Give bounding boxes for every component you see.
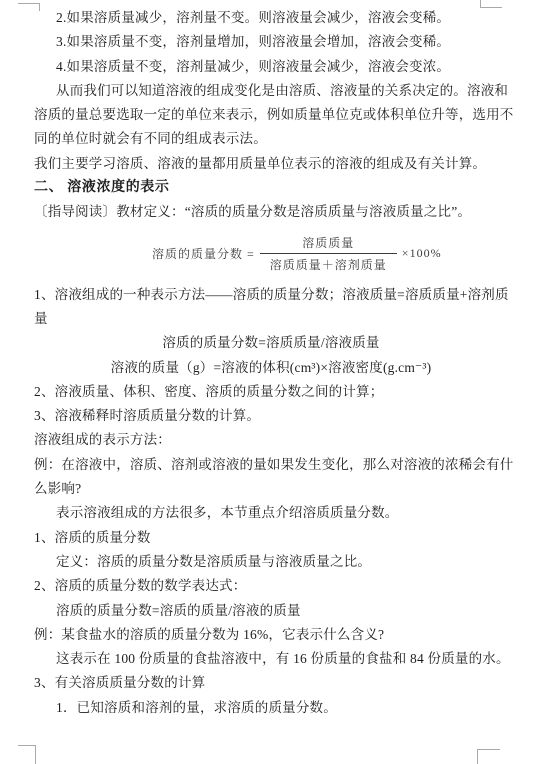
text-line: 例：在溶液中，溶质、溶剂或溶液的量如果发生变化，那么对溶液的浓稀会有什 — [34, 453, 508, 477]
text-line: 溶质的质量分数=溶质质量/溶液质量 — [34, 331, 508, 355]
text-line: 同的单位时就会有不同的组成表示法。 — [34, 127, 508, 151]
section-heading: 二、 溶液浓度的表示 — [34, 176, 508, 200]
text-line: 么影响? — [34, 477, 508, 501]
formula-fraction: 溶质质量 溶质质量＋溶剂质量 — [260, 234, 397, 273]
text-line: 2、溶液质量、体积、密度、溶质的质量分数之间的计算； — [34, 380, 508, 404]
text-line: 3、溶液稀释时溶质质量分数的计算。 — [34, 404, 508, 428]
text-line: 3、有关溶质质量分数的计算 — [34, 671, 508, 695]
mass-fraction-formula: 溶质的质量分数 = 溶质质量 溶质质量＋溶剂质量 ×100% — [34, 225, 508, 283]
text-line: 这表示在 100 份质量的食盐溶液中，有 16 份质量的食盐和 84 份质量的水… — [34, 647, 508, 671]
text-line: 〔指导阅读〕教材定义：“溶质的质量分数是溶质质量与溶液质量之比”。 — [34, 200, 508, 224]
text-line: 3.如果溶质量不变，溶剂量增加，则溶液量会增加，溶液会变稀。 — [34, 30, 508, 54]
text-line: 4.如果溶质量不变，溶剂量减少，则溶液量会减少，溶液会变浓。 — [34, 55, 508, 79]
text-line: 1．已知溶质和溶剂的量，求溶质的质量分数。 — [34, 696, 508, 720]
text-line: 溶液的质量（g）=溶液的体积(cm³)×溶液密度(g.cm⁻³) — [34, 356, 508, 380]
text-line: 溶液组成的表示方法： — [34, 428, 508, 452]
text-line: 溶质的质量分数=溶质的质量/溶液的质量 — [34, 599, 508, 623]
formula-denominator: 溶质质量＋溶剂质量 — [260, 253, 397, 273]
text-line: 2、溶质的质量分数的数学表达式： — [34, 574, 508, 598]
text-line: 量 — [34, 307, 508, 331]
text-line: 定义：溶质的质量分数是溶质质量与溶液质量之比。 — [34, 550, 508, 574]
text-line: 例：某食盐水的溶质的质量分数为 16%，它表示什么含义? — [34, 623, 508, 647]
formula-lhs: 溶质的质量分数 = — [152, 245, 255, 262]
margin-crop-mark-bottom-left — [18, 745, 36, 764]
document-body: 2.如果溶质量减少，溶剂量不变。则溶液量会减少，溶液会变稀。 3.如果溶质量不变… — [34, 6, 508, 720]
text-line: 表示溶液组成的方法很多，本节重点介绍溶质质量分数。 — [34, 501, 508, 525]
text-line: 从而我们可以知道溶液的组成变化是由溶质、溶液量的关系决定的。溶液和 — [34, 79, 508, 103]
text-line: 1、溶质的质量分数 — [34, 526, 508, 550]
margin-crop-mark-bottom-right — [477, 749, 500, 764]
formula-numerator: 溶质质量 — [260, 234, 397, 253]
text-line: 我们主要学习溶质、溶液的量都用质量单位表示的溶液的组成及有关计算。 — [34, 152, 508, 176]
formula-suffix: ×100% — [402, 246, 442, 261]
text-line: 1、溶液组成的一种表示方法——溶质的质量分数；溶液质量=溶质质量+溶剂质 — [34, 283, 508, 307]
text-line: 溶质的量总要选取一定的单位来表示，例如质量单位克或体积单位升等，选用不 — [34, 103, 508, 127]
document-page: 2.如果溶质量减少，溶剂量不变。则溶液量会减少，溶液会变稀。 3.如果溶质量不变… — [0, 0, 540, 764]
text-line: 2.如果溶质量减少，溶剂量不变。则溶液量会减少，溶液会变稀。 — [34, 6, 508, 30]
